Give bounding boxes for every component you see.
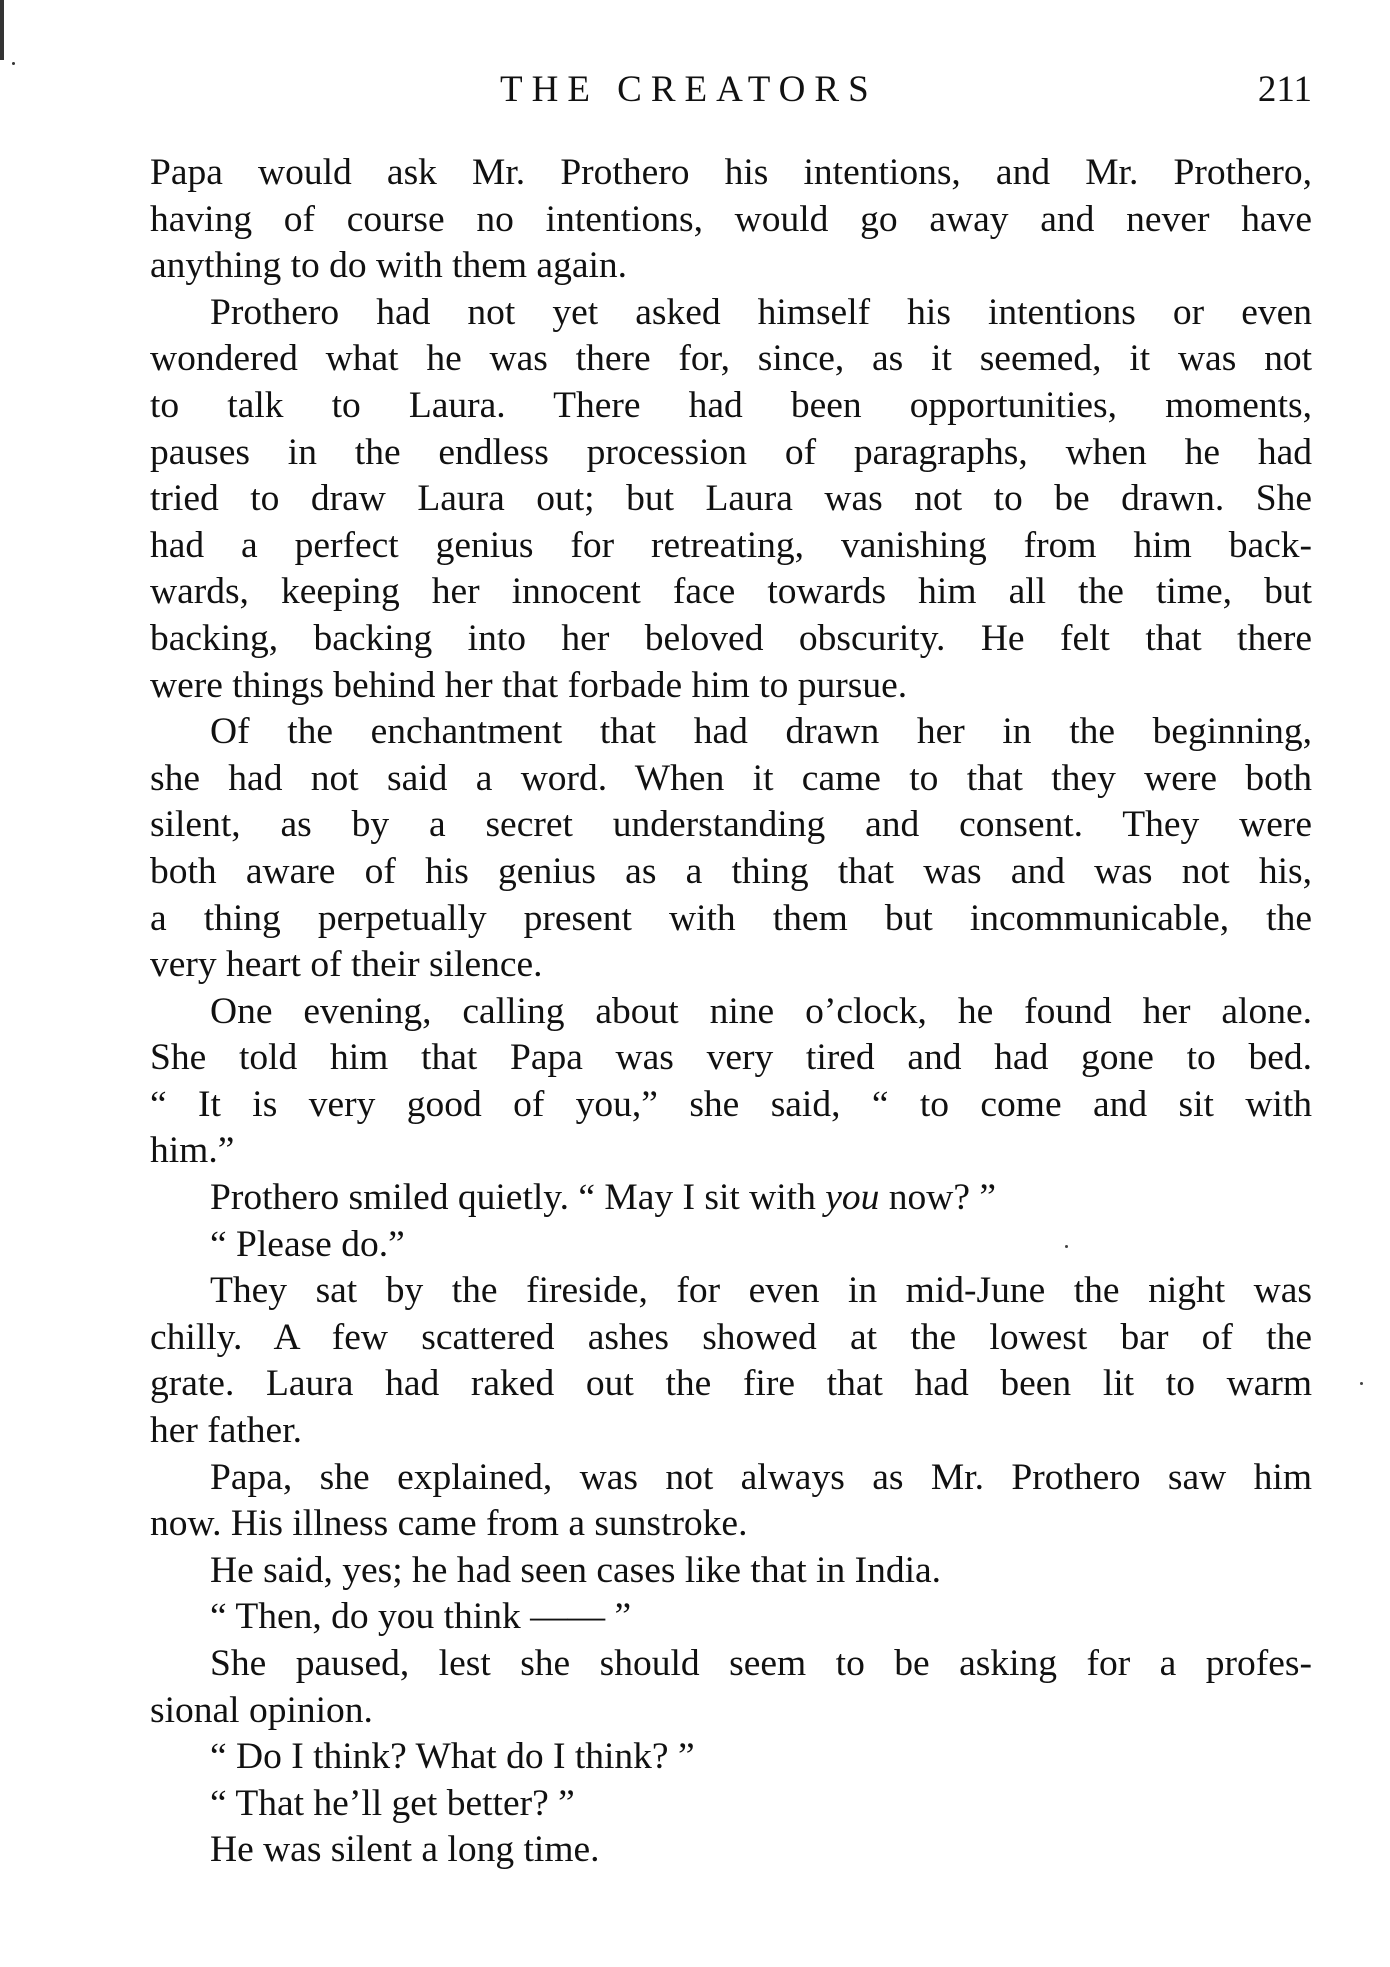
text-line: silent, as by a secret understanding and… (150, 802, 1312, 849)
text-line: sional opinion. (150, 1688, 1312, 1735)
text-line: were things behind her that forbade him … (150, 663, 1312, 710)
running-title: THE CREATORS (500, 68, 878, 111)
text-line: “ Do I think? What do I think? ” (150, 1734, 1312, 1781)
text-line: One evening, calling about nine o’clock,… (150, 989, 1312, 1036)
text-line: having of course no intentions, would go… (150, 197, 1312, 244)
text-line: him.” (150, 1128, 1312, 1175)
text-line: “ Then, do you think —— ” (150, 1594, 1312, 1641)
scan-edge-mark (0, 0, 4, 60)
scan-speck (1360, 1382, 1363, 1385)
text-line: He was silent a long time. (150, 1827, 1312, 1874)
text-line: to talk to Laura. There had been opportu… (150, 383, 1312, 430)
text-line: she had not said a word. When it came to… (150, 756, 1312, 803)
body-text: Papa would ask Mr. Prothero his intentio… (150, 150, 1312, 1874)
text-line: wards, keeping her innocent face towards… (150, 569, 1312, 616)
text-line: Prothero had not yet asked himself his i… (150, 290, 1312, 337)
text-line: She paused, lest she should seem to be a… (150, 1641, 1312, 1688)
text-line: “ Please do.” (150, 1222, 1312, 1269)
emphasis-you: you (825, 1177, 879, 1218)
text-line: chilly. A few scattered ashes showed at … (150, 1315, 1312, 1362)
text-line: Papa, she explained, was not always as M… (150, 1455, 1312, 1502)
scan-speck (1065, 1245, 1068, 1248)
text-line: They sat by the fireside, for even in mi… (150, 1268, 1312, 1315)
text-line: He said, yes; he had seen cases like tha… (150, 1548, 1312, 1595)
text-fragment: Prothero smiled quietly. “ May I sit wit… (210, 1177, 825, 1218)
text-line: “ It is very good of you,” she said, “ t… (150, 1082, 1312, 1129)
text-line: “ That he’ll get better? ” (150, 1781, 1312, 1828)
text-line: now. His illness came from a sunstroke. (150, 1501, 1312, 1548)
text-line: Of the enchantment that had drawn her in… (150, 709, 1312, 756)
text-line: anything to do with them again. (150, 243, 1312, 290)
text-line: Prothero smiled quietly. “ May I sit wit… (150, 1175, 1312, 1222)
text-line: grate. Laura had raked out the fire that… (150, 1361, 1312, 1408)
text-line: very heart of their silence. (150, 942, 1312, 989)
text-line: She told him that Papa was very tired an… (150, 1035, 1312, 1082)
text-line: a thing perpetually present with them bu… (150, 896, 1312, 943)
running-head: THE CREATORS 211 (0, 68, 1390, 118)
text-line: pauses in the endless procession of para… (150, 430, 1312, 477)
text-line: tried to draw Laura out; but Laura was n… (150, 476, 1312, 523)
text-line: her father. (150, 1408, 1312, 1455)
text-line: Papa would ask Mr. Prothero his intentio… (150, 150, 1312, 197)
text-line: both aware of his genius as a thing that… (150, 849, 1312, 896)
scan-speck (12, 62, 15, 65)
page-number: 211 (1258, 68, 1312, 111)
text-line: backing, backing into her beloved obscur… (150, 616, 1312, 663)
text-line: had a perfect genius for retreating, van… (150, 523, 1312, 570)
text-fragment: now? ” (879, 1177, 996, 1218)
text-line: wondered what he was there for, since, a… (150, 336, 1312, 383)
